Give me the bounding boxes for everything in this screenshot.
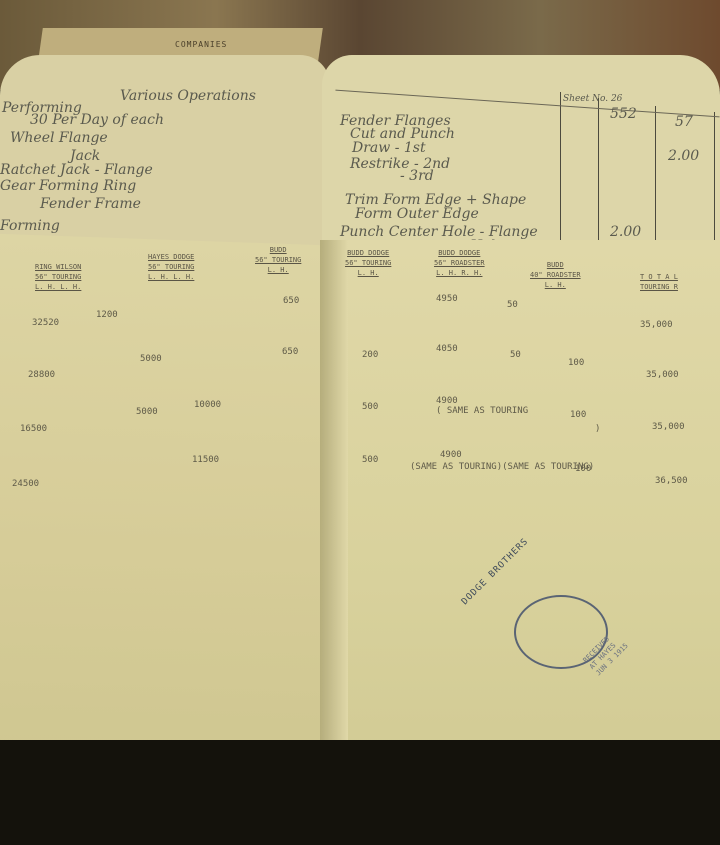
table-cell: 5000 — [136, 407, 158, 417]
column-header: HAYES DODGE56" TOURINGL. H. L. H. — [148, 252, 194, 282]
table-cell: (SAME AS TOURING)(SAME AS TOURING) — [410, 462, 594, 472]
table-cell: 200 — [362, 350, 378, 360]
left_handwriting-line: Fender Frame — [40, 196, 141, 212]
table-cell: 650 — [282, 347, 298, 357]
right_handwriting-line: Form Outer Edge — [355, 206, 479, 222]
table-cell: 100 — [575, 464, 591, 474]
column-header-552: 552 — [610, 106, 637, 122]
column-header: BUDD40" ROADSTERL. H. — [530, 260, 581, 290]
table-cell: 11500 — [192, 455, 219, 465]
table-cell: 650 — [283, 296, 299, 306]
table-cell: 24500 — [12, 479, 39, 489]
table-cell: 500 — [362, 455, 378, 465]
table-cell: 4050 — [436, 344, 458, 354]
table-cell: 500 — [362, 402, 378, 412]
table-cell: 100 — [570, 410, 586, 420]
page-gutter — [320, 240, 348, 750]
table-cell: ) — [595, 424, 600, 434]
table-cell: 1200 — [96, 310, 118, 320]
column-header-57: 57 — [675, 114, 693, 130]
table-cell: 4950 — [436, 294, 458, 304]
ledger-rule — [560, 92, 561, 262]
table-cell: 32520 — [32, 318, 59, 328]
right_column_values-line: 2.00 — [610, 224, 641, 240]
right_column_values-line: 2.00 — [668, 148, 699, 164]
folder-tab-label: COMPANIES — [175, 40, 227, 49]
table-cell: 35,000 — [640, 320, 673, 330]
left_handwriting-line: Forming — [0, 218, 60, 234]
table-cell: 50 — [507, 300, 518, 310]
left_handwriting-line: Gear Forming Ring — [0, 178, 136, 194]
table-cell: 35,000 — [652, 422, 685, 432]
right-typed-page — [322, 240, 720, 760]
sheet-number: Sheet No. 26 — [563, 94, 622, 104]
left_handwriting-line: Ratchet Jack - Flange — [0, 162, 153, 178]
column-header: RING WILSON56" TOURINGL. H. L. H. — [35, 262, 81, 292]
table-cell: ( SAME AS TOURING — [436, 406, 528, 416]
column-header: T O T A LTOURING R — [640, 272, 678, 292]
table-cell: 5000 — [140, 354, 162, 364]
table-cell: 100 — [568, 358, 584, 368]
left_handwriting-line: Wheel Flange — [10, 130, 108, 146]
table-cell: 50 — [510, 350, 521, 360]
left-typed-page — [0, 234, 348, 766]
right_handwriting-line: Draw - 1st — [352, 140, 426, 156]
table-cell: 28800 — [28, 370, 55, 380]
table-cell: 4900 — [436, 396, 458, 406]
column-header: BUDD56" TOURINGL. H. — [255, 245, 301, 275]
column-header: BUDD DODGE56" ROADSTERL. H. R. H. — [434, 248, 485, 278]
table-cell: 4900 — [440, 450, 462, 460]
table-cell: 36,500 — [655, 476, 688, 486]
table-cell: 35,000 — [646, 370, 679, 380]
column-header: BUDD DODGE56" TOURINGL. H. — [345, 248, 391, 278]
left_handwriting-line: 30 Per Day of each — [30, 112, 164, 128]
table-cell: 16500 — [20, 424, 47, 434]
left_handwriting-line: Various Operations — [120, 88, 256, 104]
table-surface — [0, 740, 720, 845]
table-cell: 10000 — [194, 400, 221, 410]
right_handwriting-line: - 3rd — [400, 168, 434, 184]
